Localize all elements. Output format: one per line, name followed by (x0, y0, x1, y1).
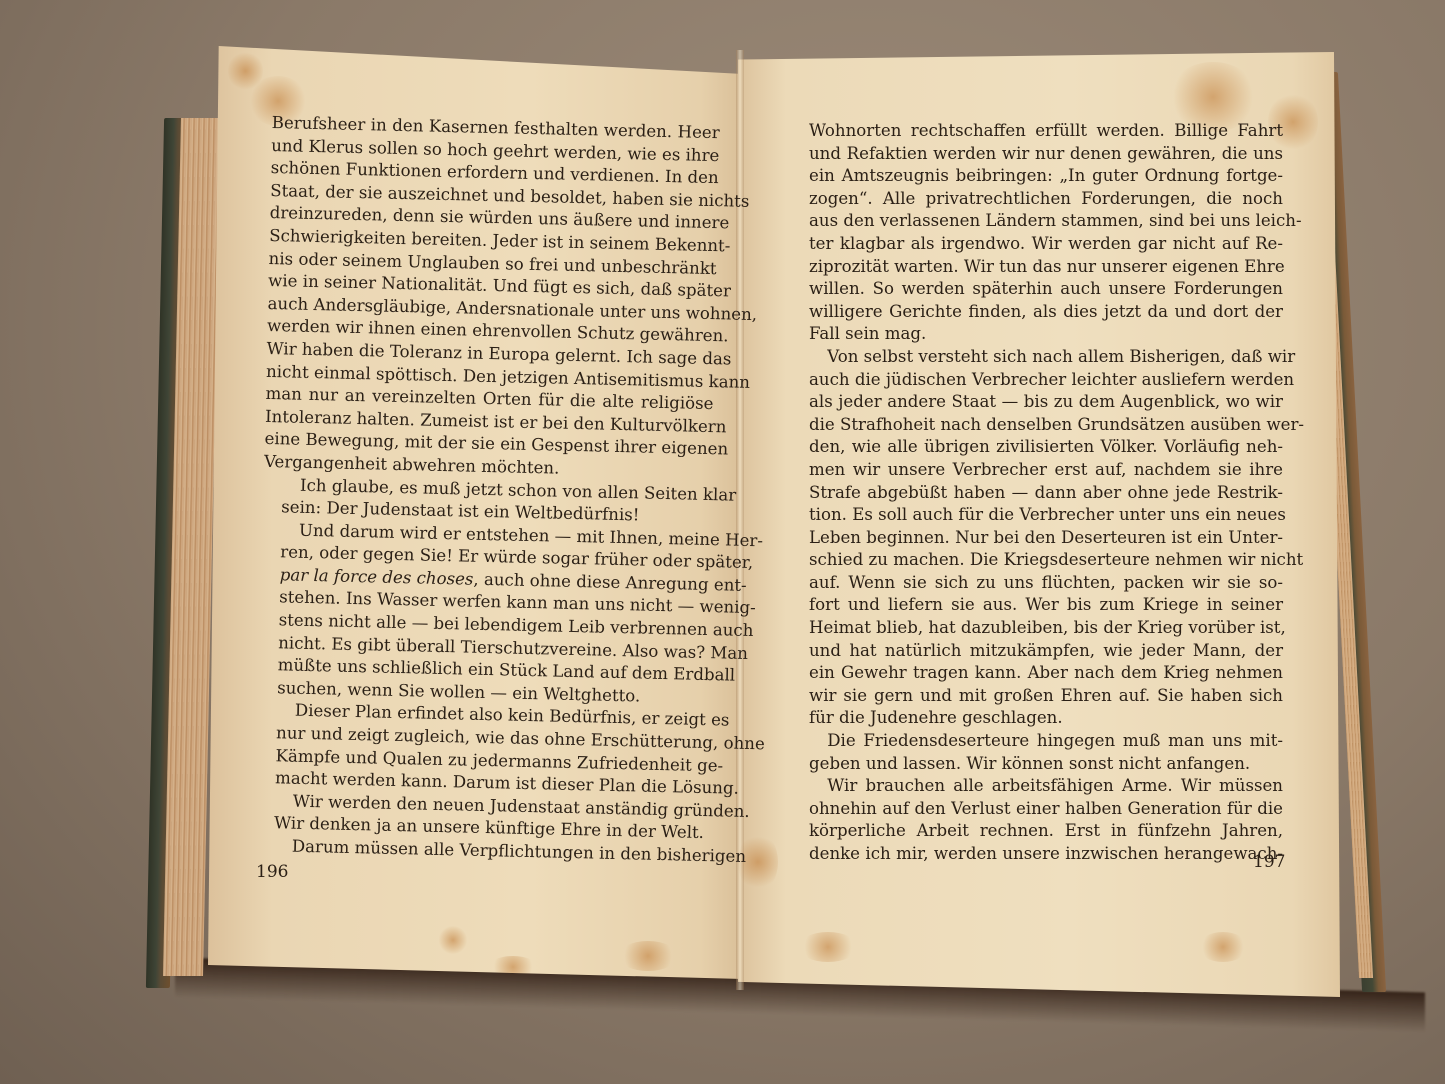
paragraph: Von selbst versteht sich nach allem Bish… (809, 346, 1283, 730)
paragraph: Berufsheer in den Kasernen festhalten we… (264, 112, 720, 484)
text-line: ein Amtszeugnis beibringen: „In guter Or… (809, 165, 1283, 188)
text-line: Strafe abgebüßt haben — dann aber ohne j… (809, 482, 1283, 505)
paragraph: Wir brauchen alle arbeitsfähigen Arme. W… (809, 775, 1283, 865)
text-line: aus den verlassenen Ländern stammen, sin… (809, 210, 1283, 233)
text-line: auf. Wenn sie sich zu uns flüchten, pack… (809, 572, 1283, 595)
foxing-stain (228, 51, 263, 91)
page-number-right: 197 (1253, 852, 1285, 872)
text-line: für die Judenehre geschlagen. (809, 707, 1283, 730)
text-line: ter klagbar als irgendwo. Wir werden gar… (809, 233, 1283, 256)
text-line: men wir unsere Verbrecher erst auf, nach… (809, 459, 1283, 482)
text-line: den, wie alle übrigen zivilisierten Völk… (809, 436, 1283, 459)
right-page-text: Wohnorten rechtschaffen erfüllt werden. … (809, 120, 1283, 866)
paragraph: Wohnorten rechtschaffen erfüllt werden. … (809, 120, 1283, 346)
text-line: als jeder andere Staat — bis zu dem Auge… (809, 391, 1283, 414)
text-line: Leben beginnen. Nur bei den Deserteuren … (809, 527, 1283, 550)
text-line: fort und liefern sie aus. Wer bis zum Kr… (809, 594, 1283, 617)
text-line: und hat natürlich mitzukämpfen, wie jede… (809, 640, 1283, 663)
text-line: willigere Gerichte finden, als dies jetz… (809, 301, 1283, 324)
paragraph: Dieser Plan erfindet also kein Bedürfnis… (257, 699, 707, 800)
text-line: auch die jüdischen Verbrecher leichter a… (809, 369, 1283, 392)
italic-phrase: par la force des choses (280, 565, 474, 588)
paragraph: Die Friedensdeserteure hingegen muß man … (809, 730, 1283, 775)
text-fragment: , auch ohne diese Anregung ent- (473, 570, 747, 595)
text-line: Heimat blieb, hat dazubleiben, bis der K… (809, 617, 1283, 640)
text-line: schied zu machen. Die Kriegsdeserteure n… (809, 549, 1283, 572)
text-line: denke ich mir, werden unsere inzwischen … (809, 843, 1283, 866)
text-line: die Strafhoheit nach denselben Grundsätz… (809, 414, 1283, 437)
photo-scene: Berufsheer in den Kasernen festhalten we… (0, 0, 1445, 1084)
text-line: ein Gewehr tragen kann. Aber nach dem Kr… (809, 662, 1283, 685)
text-line: Die Friedensdeserteure hingegen muß man … (809, 730, 1283, 753)
text-line: körperliche Arbeit rechnen. Erst in fünf… (809, 820, 1283, 843)
text-line: Wohnorten rechtschaffen erfüllt werden. … (809, 120, 1283, 143)
foxing-stain (1198, 932, 1248, 962)
text-line: Wir brauchen alle arbeitsfähigen Arme. W… (809, 775, 1283, 798)
text-line: ohnehin auf den Verlust einer halben Gen… (809, 798, 1283, 821)
text-line: ziprozität warten. Wir tun das nur unser… (809, 256, 1283, 279)
text-line: tion. Es soll auch für die Verbrecher un… (809, 504, 1283, 527)
foxing-stain (798, 932, 858, 962)
page-number-left: 196 (256, 862, 288, 882)
paragraph: Und darum wird er entstehen — mit Ihnen,… (259, 519, 711, 710)
foxing-stain (618, 941, 678, 971)
left-page-text: Berufsheer in den Kasernen festhalten we… (255, 112, 720, 868)
text-line: und Refaktien werden wir nur denen gewäh… (809, 143, 1283, 166)
text-line: zogen“. Alle privatrechtlichen Forderung… (809, 188, 1283, 211)
text-line: geben und lassen. Wir können sonst nicht… (809, 753, 1283, 776)
text-line: Von selbst versteht sich nach allem Bish… (809, 346, 1283, 369)
text-line: willen. So werden späterhin auch unsere … (809, 278, 1283, 301)
foxing-stain (438, 926, 468, 954)
text-line: Fall sein mag. (809, 323, 1283, 346)
text-line: wir sie gern und mit großen Ehren auf. S… (809, 685, 1283, 708)
